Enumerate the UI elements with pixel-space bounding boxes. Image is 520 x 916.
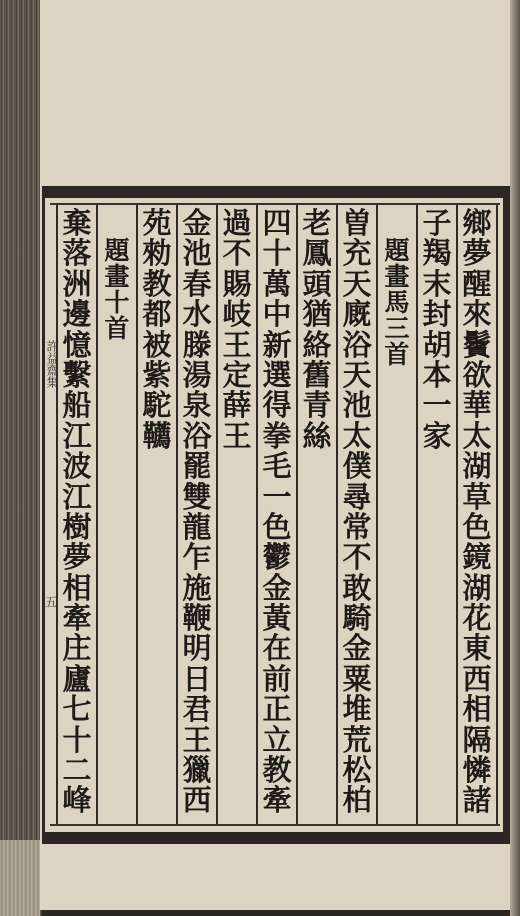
character: 被: [142, 330, 171, 360]
character: 明: [182, 633, 211, 663]
character: 浴: [342, 330, 371, 360]
character: 江: [62, 482, 91, 512]
character: 一: [262, 482, 291, 512]
character: 猶: [302, 299, 331, 329]
character: 繫: [62, 360, 91, 390]
character: 湖: [462, 573, 491, 603]
character: 華: [462, 390, 491, 420]
character: 水: [182, 299, 211, 329]
inner-border-top: [50, 203, 500, 205]
character: 雙: [182, 482, 211, 512]
margin-folio-number: 五: [45, 593, 57, 610]
character: 廐: [342, 299, 371, 329]
character: 施: [182, 573, 211, 603]
character: 王: [182, 725, 211, 755]
character: 立: [262, 725, 291, 755]
character: 相: [462, 694, 491, 724]
character: 草: [462, 482, 491, 512]
character: 子: [422, 208, 451, 238]
character: 醒: [462, 269, 491, 299]
character: 來: [462, 299, 491, 329]
character: 鳳: [302, 238, 331, 268]
character: 東: [462, 633, 491, 663]
character: 老: [302, 208, 331, 238]
character: 花: [462, 603, 491, 633]
character: 鞭: [182, 603, 211, 633]
character: 家: [422, 421, 451, 451]
character: 粟: [342, 664, 371, 694]
character: 洲: [62, 269, 91, 299]
text-column-8: 金池春水滕湯泉浴罷雙龍乍施鞭明日君王獵西: [177, 208, 217, 824]
character: 過: [222, 208, 251, 238]
character: 中: [262, 299, 291, 329]
character: 萬: [262, 269, 291, 299]
character: 池: [182, 238, 211, 268]
character: 一: [422, 390, 451, 420]
character: 青: [302, 390, 331, 420]
character: 得: [262, 390, 291, 420]
character: 牽: [62, 603, 91, 633]
character: 柏: [342, 785, 371, 815]
character: 色: [262, 512, 291, 542]
character: 泉: [182, 390, 211, 420]
text-column-7: 過不賜岐王定薛王: [217, 208, 257, 824]
character: 首: [384, 342, 409, 368]
text-column-5: 老鳳頭猶絡舊青絲: [297, 208, 337, 824]
character: 牽: [262, 785, 291, 815]
character: 正: [262, 694, 291, 724]
frame-border-top: [44, 186, 510, 198]
character: 欲: [462, 360, 491, 390]
character: 西: [462, 664, 491, 694]
character: 末: [422, 269, 451, 299]
character: 騎: [342, 603, 371, 633]
character: 新: [262, 330, 291, 360]
frame-border-left: [42, 186, 45, 844]
character: 峰: [62, 785, 91, 815]
character: 本: [422, 360, 451, 390]
character: 苑: [142, 208, 171, 238]
character: 庄: [62, 633, 91, 663]
character: 三: [384, 316, 409, 342]
character: 隔: [462, 725, 491, 755]
character: 鬱: [262, 542, 291, 572]
character: 樹: [62, 512, 91, 542]
character: 金: [342, 633, 371, 663]
character: 色: [462, 512, 491, 542]
character: 定: [222, 360, 251, 390]
poem-title-column: 題畫馬三首: [377, 208, 417, 854]
character: 湖: [462, 451, 491, 481]
character: 岐: [222, 299, 251, 329]
character: 馬: [384, 290, 409, 316]
character: 常: [342, 512, 371, 542]
character: 題: [104, 238, 129, 264]
character: 二: [62, 755, 91, 785]
character: 君: [182, 694, 211, 724]
character: 鬢: [462, 330, 491, 360]
character: 前: [262, 664, 291, 694]
character: 夢: [462, 238, 491, 268]
character: 七: [62, 694, 91, 724]
character: 獵: [182, 755, 211, 785]
character: 廬: [62, 664, 91, 694]
character: 羯: [422, 238, 451, 268]
character: 罷: [182, 451, 211, 481]
character: 諸: [462, 785, 491, 815]
character: 畫: [384, 264, 409, 290]
character: 十: [104, 290, 129, 316]
character: 拳: [262, 421, 291, 451]
character: 金: [182, 208, 211, 238]
character: 選: [262, 360, 291, 390]
character: 鏡: [462, 542, 491, 572]
character: 太: [462, 421, 491, 451]
page-edge-right: [510, 0, 520, 916]
character: 春: [182, 269, 211, 299]
text-column-9: 苑勑教都被紫駝韉: [137, 208, 177, 824]
character: 憐: [462, 755, 491, 785]
character: 四: [262, 208, 291, 238]
character: 僕: [342, 451, 371, 481]
character: 滕: [182, 330, 211, 360]
character: 尋: [342, 482, 371, 512]
character: 絲: [302, 421, 331, 451]
character: 敢: [342, 573, 371, 603]
character: 紫: [142, 360, 171, 390]
character: 曽: [342, 208, 371, 238]
character: 王: [222, 421, 251, 451]
character: 江: [62, 421, 91, 451]
character: 舊: [302, 360, 331, 390]
character: 相: [62, 573, 91, 603]
character: 黃: [262, 603, 291, 633]
character: 不: [342, 542, 371, 572]
character: 天: [342, 269, 371, 299]
character: 荒: [342, 725, 371, 755]
page-stack-lower: [0, 840, 40, 916]
character: 頭: [302, 269, 331, 299]
character: 勑: [142, 238, 171, 268]
character: 不: [222, 238, 251, 268]
character: 浴: [182, 421, 211, 451]
character: 絡: [302, 330, 331, 360]
text-column-1: 鄉夢醒來鬢欲華太湖草色鏡湖花東西相隔憐諸: [457, 208, 497, 824]
character: 堆: [342, 694, 371, 724]
poem-title-column: 題畫十首: [97, 208, 137, 854]
character: 西: [182, 785, 211, 815]
character: 船: [62, 390, 91, 420]
character: 龍: [182, 512, 211, 542]
character: 鄉: [462, 208, 491, 238]
character: 天: [342, 360, 371, 390]
character: 充: [342, 238, 371, 268]
character: 憶: [62, 330, 91, 360]
character: 駝: [142, 390, 171, 420]
margin-book-title: 許益齋集: [45, 340, 59, 388]
character: 松: [342, 755, 371, 785]
character: 畫: [104, 264, 129, 290]
character: 邊: [62, 299, 91, 329]
character: 教: [142, 269, 171, 299]
character: 落: [62, 238, 91, 268]
character: 薛: [222, 390, 251, 420]
character: 韉: [142, 421, 171, 451]
character: 都: [142, 299, 171, 329]
text-column-2: 子羯末封胡本一家: [417, 208, 457, 824]
character: 湯: [182, 360, 211, 390]
frame-border-right: [503, 186, 510, 844]
character: 封: [422, 299, 451, 329]
character: 日: [182, 664, 211, 694]
character: 金: [262, 573, 291, 603]
character: 毛: [262, 451, 291, 481]
character: 乍: [182, 542, 211, 572]
character: 波: [62, 451, 91, 481]
character: 首: [104, 316, 129, 342]
character: 賜: [222, 269, 251, 299]
text-column-6: 四十萬中新選得拳毛一色鬱金黃在前正立教牽: [257, 208, 297, 824]
page-stack-edge: [0, 0, 42, 916]
text-column-4: 曽充天廐浴天池太僕尋常不敢騎金粟堆荒松柏: [337, 208, 377, 824]
character: 棄: [62, 208, 91, 238]
character: 夢: [62, 542, 91, 572]
character: 王: [222, 330, 251, 360]
character: 十: [262, 238, 291, 268]
character: 太: [342, 421, 371, 451]
character: 胡: [422, 330, 451, 360]
character: 池: [342, 390, 371, 420]
character: 教: [262, 755, 291, 785]
character: 在: [262, 633, 291, 663]
character: 題: [384, 238, 409, 264]
character: 十: [62, 725, 91, 755]
text-column-11: 棄落洲邊憶繫船江波江樹夢相牽庄廬七十二峰: [57, 208, 97, 824]
